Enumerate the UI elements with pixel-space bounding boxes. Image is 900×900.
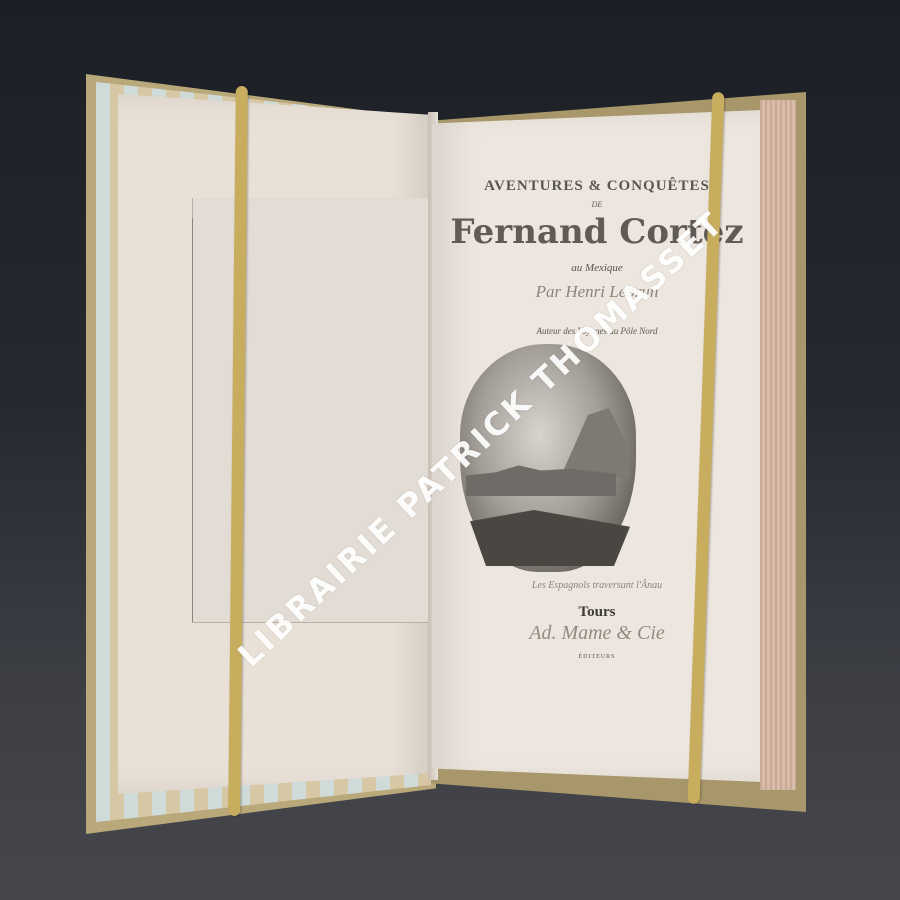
imprint-city: Tours (432, 604, 762, 621)
imprint-publisher: Ad. Mame & Cie (432, 622, 762, 645)
imprint-editeurs: ÉDITEURS (432, 654, 762, 660)
page-fore-edge (760, 100, 796, 790)
vignette-caption: Les Espagnols traversant l'Ânau (432, 580, 762, 591)
tissue-guard-edge (192, 218, 193, 622)
tissue-guard (192, 198, 434, 623)
